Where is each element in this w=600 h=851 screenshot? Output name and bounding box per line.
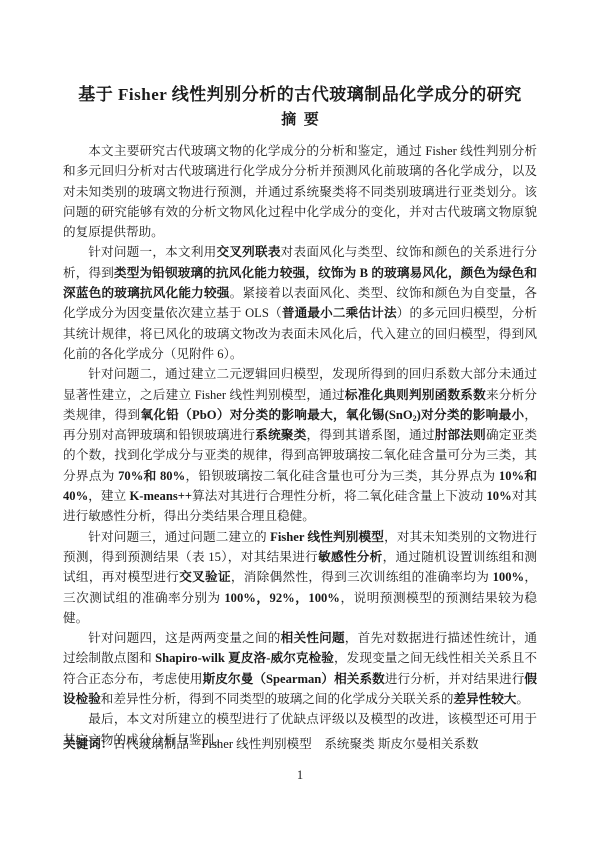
paper-title: 基于 Fisher 线性判别分析的古代玻璃制品化学成分的研究	[0, 80, 600, 105]
abstract-paragraph-overview: 本文主要研究古代玻璃文物的化学成分的分析和鉴定，通过 Fisher 线性判别分析…	[63, 141, 537, 242]
document-page: 基于 Fisher 线性判别分析的古代玻璃制品化学成分的研究 摘 要 本文主要研…	[0, 0, 600, 851]
keywords-label: 关键词：	[63, 737, 113, 751]
keywords-line: 关键词：古代玻璃制品 Fisher 线性判别模型 系统聚类 斯皮尔曼相关系数	[63, 734, 537, 754]
abstract-paragraph-problem-2: 针对问题二，通过建立二元逻辑回归模型，发现所得到的回归系数大部分未通过显著性建立…	[63, 364, 537, 526]
abstract-body: 本文主要研究古代玻璃文物的化学成分的分析和鉴定，通过 Fisher 线性判别分析…	[63, 141, 537, 750]
abstract-heading: 摘 要	[0, 108, 600, 129]
page-number: 1	[0, 768, 600, 783]
abstract-paragraph-problem-4: 针对问题四，这是两两变量之间的相关性问题，首先对数据进行描述性统计，通过绘制散点…	[63, 628, 537, 709]
abstract-paragraph-problem-3: 针对问题三，通过问题二建立的 Fisher 线性判别模型，对其未知类别的文物进行…	[63, 527, 537, 628]
abstract-paragraph-problem-1: 针对问题一，本文利用交叉列联表对表面风化与类型、纹饰和颜色的关系进行分析，得到类…	[63, 242, 537, 364]
keywords-text: 古代玻璃制品 Fisher 线性判别模型 系统聚类 斯皮尔曼相关系数	[113, 737, 478, 751]
